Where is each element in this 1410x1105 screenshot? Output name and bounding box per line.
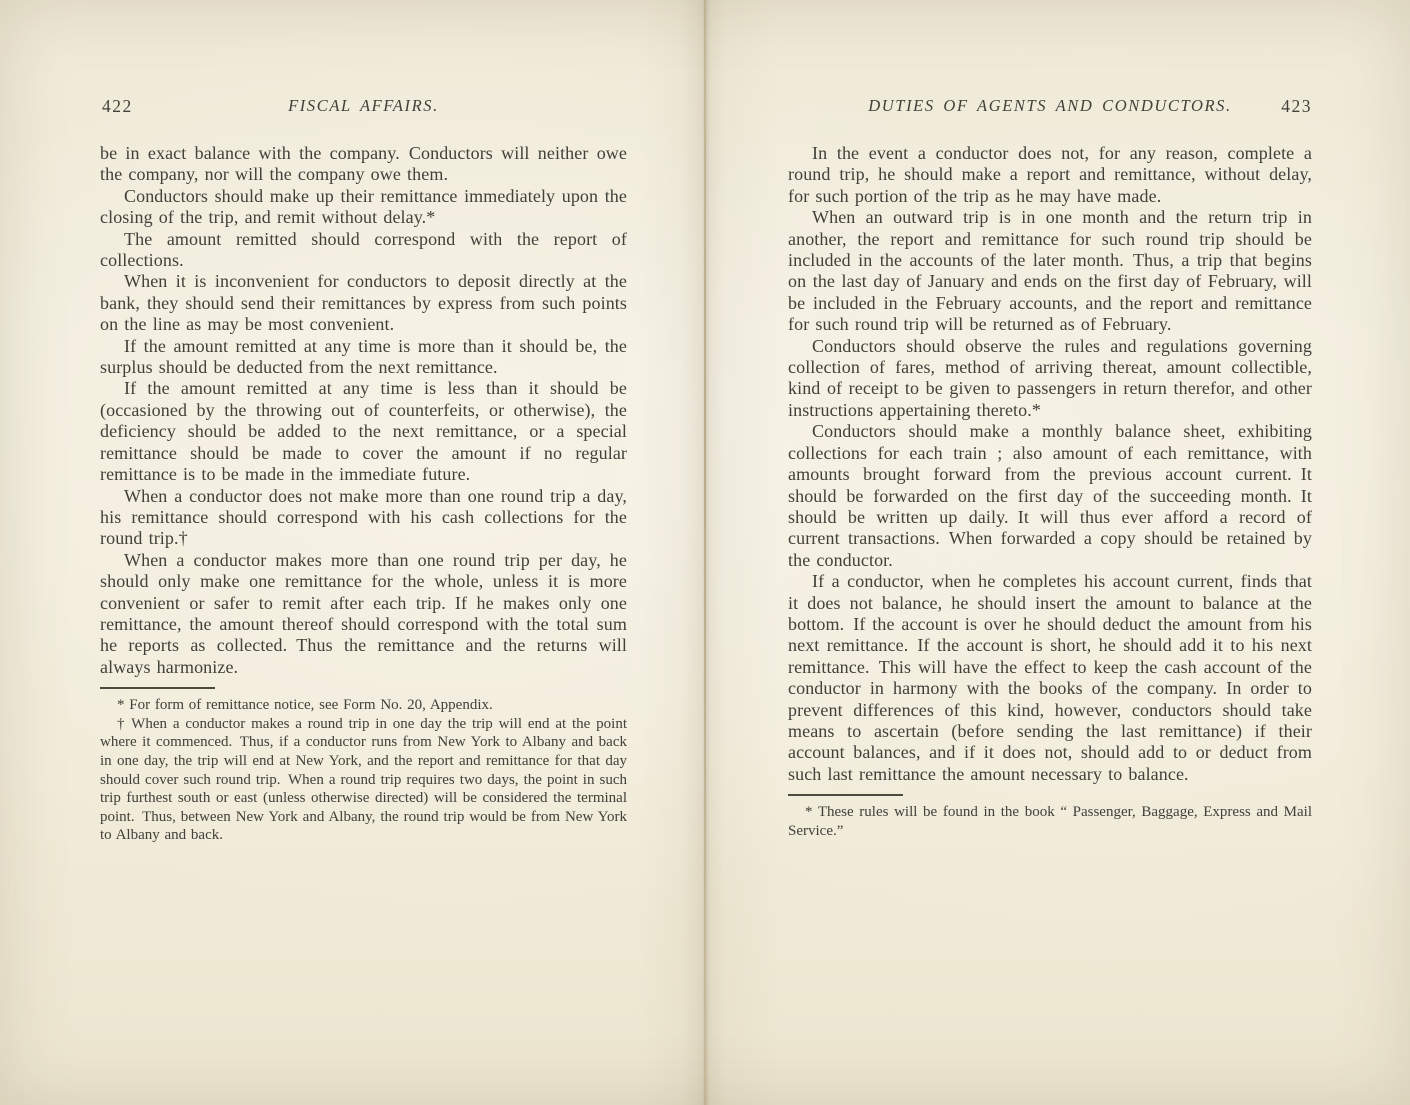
body-paragraph: If a conductor, when he completes his ac…: [788, 571, 1312, 785]
running-head: DUTIES OF AGENTS AND CONDUCTORS.: [788, 96, 1312, 116]
body-paragraph: The amount remitted should correspond wi…: [100, 229, 627, 272]
body-paragraph: be in exact balance with the company. Co…: [100, 143, 627, 186]
body-paragraph: In the event a conductor does not, for a…: [788, 143, 1312, 207]
footnote-rule: [100, 687, 215, 689]
left-page: 422 FISCAL AFFAIRS. be in exact balance …: [100, 96, 627, 845]
left-page-header: 422 FISCAL AFFAIRS.: [100, 96, 627, 118]
page-number: 423: [1281, 96, 1312, 117]
book-spread: 422 FISCAL AFFAIRS. be in exact balance …: [0, 0, 1410, 1105]
right-page-footnotes: * These rules will be found in the book …: [788, 794, 1312, 840]
body-paragraph: When it is inconvenient for conductors t…: [100, 271, 627, 335]
page-number: 422: [102, 96, 133, 117]
left-page-body: be in exact balance with the company. Co…: [100, 143, 627, 678]
left-page-footnotes: * For form of remittance notice, see For…: [100, 687, 627, 845]
right-page: 423 DUTIES OF AGENTS AND CONDUCTORS. In …: [788, 96, 1312, 840]
body-paragraph: When a conductor does not make more than…: [100, 486, 627, 550]
body-paragraph: Conductors should make a monthly balance…: [788, 421, 1312, 571]
body-paragraph: When a conductor makes more than one rou…: [100, 550, 627, 678]
footnote-rule: [788, 794, 903, 796]
footnote: † When a conductor makes a round trip in…: [100, 715, 627, 845]
body-paragraph: Conductors should observe the rules and …: [788, 336, 1312, 422]
footnote: * For form of remittance notice, see For…: [100, 696, 627, 715]
page-gutter-shadow: [640, 0, 780, 1105]
footnote: * These rules will be found in the book …: [788, 803, 1312, 840]
body-paragraph: If the amount remitted at any time is le…: [100, 378, 627, 485]
body-paragraph: When an outward trip is in one month and…: [788, 207, 1312, 335]
page-gutter-crease: [704, 0, 706, 1105]
body-paragraph: If the amount remitted at any time is mo…: [100, 336, 627, 379]
right-page-header: 423 DUTIES OF AGENTS AND CONDUCTORS.: [788, 96, 1312, 118]
right-page-body: In the event a conductor does not, for a…: [788, 143, 1312, 785]
running-head: FISCAL AFFAIRS.: [100, 96, 627, 116]
body-paragraph: Conductors should make up their remittan…: [100, 186, 627, 229]
